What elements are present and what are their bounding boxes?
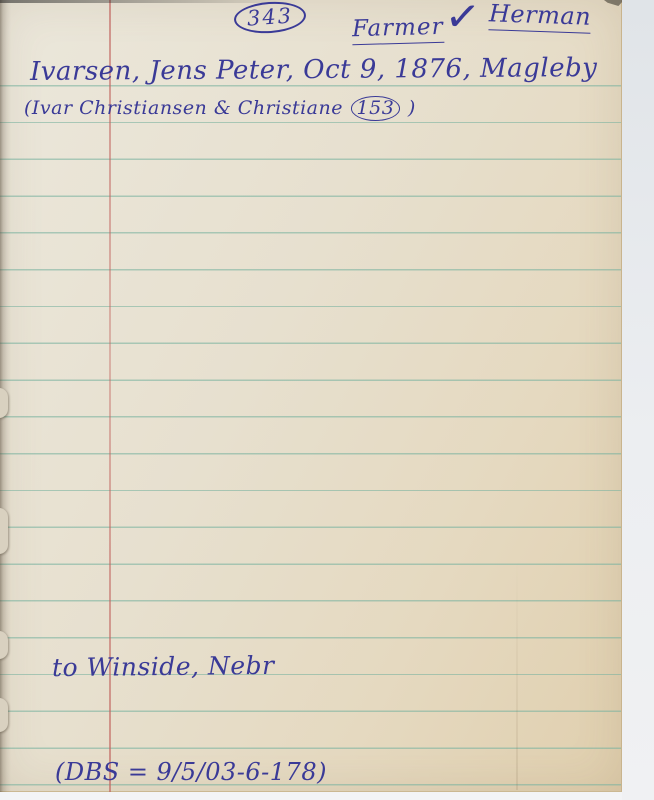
torn-edge-notch (0, 508, 8, 554)
scanner-background-right (622, 0, 654, 800)
corner-notch (604, 0, 624, 6)
parents-cross-ref: 153 (351, 96, 401, 121)
parents-line: (Ivar Christiansen & Christiane 153 ) (24, 96, 416, 121)
scanner-background-bottom (0, 792, 622, 800)
entry-main-line: Ivarsen, Jens Peter, Oct 9, 1876, Magleb… (30, 53, 598, 87)
destination-note: to Winside, Nebr (52, 651, 275, 682)
entry-number-circle: 343 (233, 0, 307, 35)
name-annotation: Herman (489, 0, 592, 31)
scanned-ledger-page: 343 Farmer ✓ Herman Ivarsen, Jens Peter,… (0, 0, 654, 800)
ledger-paper: 343 Farmer ✓ Herman Ivarsen, Jens Peter,… (0, 0, 622, 792)
parents-close: ) (408, 97, 416, 119)
occupation-label: Farmer (352, 14, 444, 42)
parents-text: (Ivar Christiansen & Christiane (24, 97, 343, 119)
paper-crease (516, 560, 518, 790)
torn-edge-notch (0, 698, 8, 732)
source-reference: (DBS = 9/5/03-6-178) (55, 758, 327, 786)
entry-number: 343 (234, 2, 306, 33)
checkmark-icon: ✓ (443, 0, 483, 40)
